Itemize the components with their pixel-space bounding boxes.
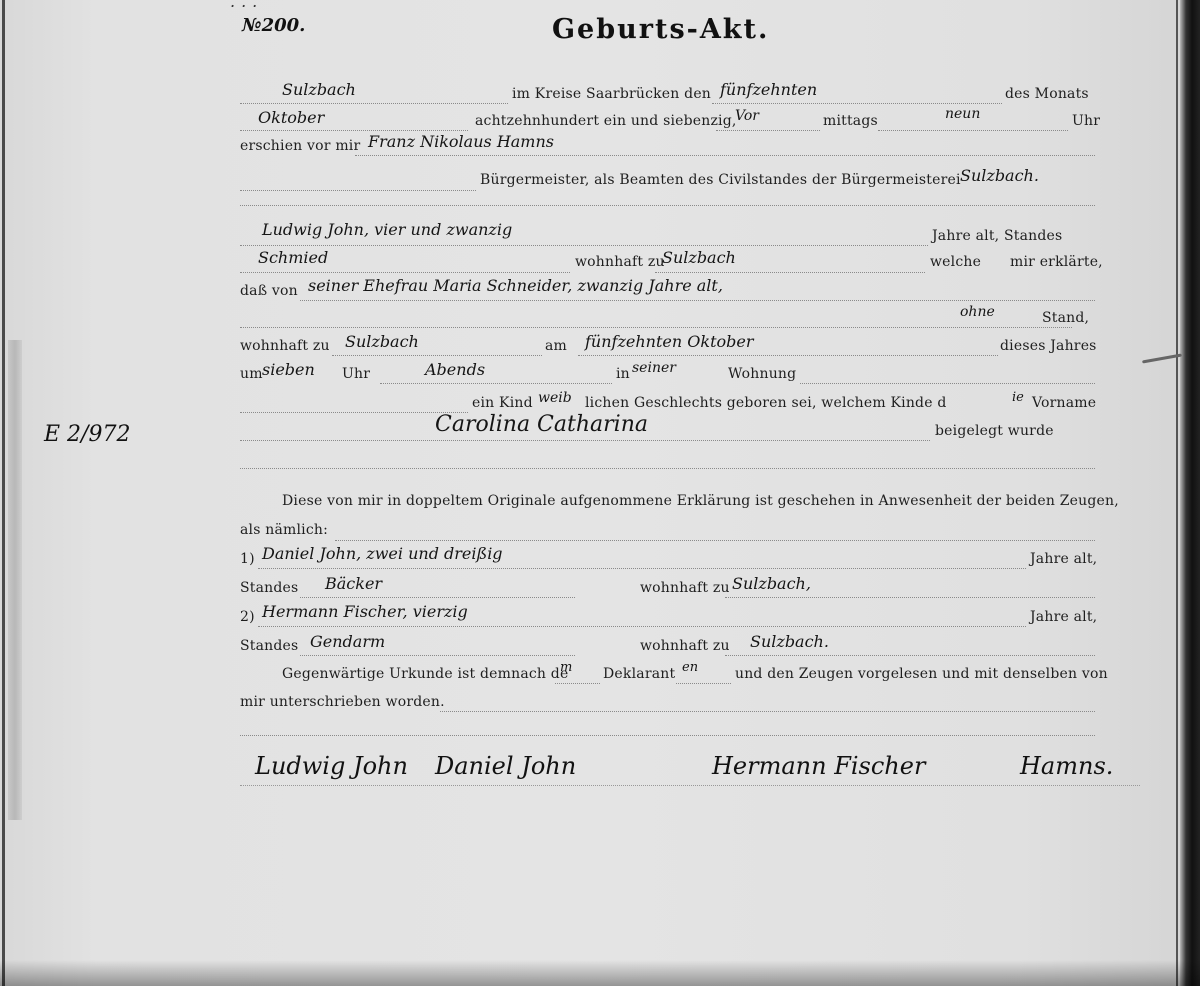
- declarant-name: Ludwig John, vier und zwanzig: [262, 220, 512, 239]
- witness-statement: Diese von mir in doppeltem Originale auf…: [282, 493, 1119, 509]
- label-jahre-alt-w1: Jahre alt,: [1030, 551, 1097, 567]
- label-dass-von: daß von: [240, 283, 298, 299]
- label-in: in: [616, 366, 630, 382]
- document-page: ... №200. Geburts-Akt. E 2/972 Sulzbach …: [0, 0, 1200, 986]
- article-suffix: ie: [1012, 390, 1024, 405]
- place-field: Sulzbach: [282, 80, 356, 99]
- label-wohnhaft: wohnhaft zu: [575, 254, 665, 270]
- declarant-occupation: Schmied: [258, 248, 328, 267]
- label-vorgelesen: und den Zeugen vorgelesen und mit densel…: [735, 666, 1108, 682]
- hour-field: neun: [945, 106, 980, 122]
- signature-official: Hamns.: [1020, 752, 1113, 780]
- top-handwriting-fragment: ...: [230, 0, 263, 11]
- label-stand: Stand,: [1042, 310, 1089, 326]
- label-monats: des Monats: [1005, 86, 1089, 102]
- label-jahre-alt-w2: Jahre alt,: [1030, 609, 1097, 625]
- label-erklaerte: mir erklärte,: [1010, 254, 1103, 270]
- label-kreis: im Kreise Saarbrücken den: [512, 86, 711, 102]
- page-edge-shadow: [1180, 0, 1200, 986]
- label-um: um: [240, 366, 263, 382]
- label-buergermeister: Bürgermeister, als Beamten des Civilstan…: [480, 172, 961, 188]
- label-geschlechts: lichen Geschlechts geboren sei, welchem …: [585, 395, 947, 411]
- witness-2-number: 2): [240, 609, 255, 625]
- label-gegenwaertige: Gegenwärtige Urkunde ist demnach de: [282, 666, 568, 682]
- page-edge-line: [1176, 0, 1178, 986]
- bottom-shadow: [0, 960, 1200, 986]
- label-wohnhaft-2: wohnhaft zu: [240, 338, 330, 354]
- binding-edge: [2, 0, 5, 986]
- mother-occupation: ohne: [960, 304, 995, 320]
- tape-strip: [8, 340, 22, 820]
- birth-hour: sieben: [262, 360, 315, 379]
- child-given-names: Carolina Catharina: [435, 412, 648, 437]
- label-wohnhaft-w1: wohnhaft zu: [640, 580, 730, 596]
- label-wohnung: Wohnung: [728, 366, 796, 382]
- label-standes-w2: Standes: [240, 638, 298, 654]
- vor-nach-field: Vor: [735, 108, 759, 124]
- birth-place-possessive: seiner: [632, 360, 676, 376]
- label-ein-kind: ein Kind: [472, 395, 533, 411]
- declarant-residence: Sulzbach: [662, 248, 736, 267]
- label-erschien: erschien vor mir: [240, 138, 360, 154]
- label-uhr: Uhr: [1072, 113, 1100, 129]
- label-uhr-2: Uhr: [342, 366, 370, 382]
- signature-witness-2: Hermann Fischer: [712, 752, 925, 780]
- label-beigelegt: beigelegt wurde: [935, 423, 1054, 439]
- month-field: Oktober: [258, 108, 324, 127]
- label-mittags: mittags: [823, 113, 878, 129]
- record-number: №200.: [242, 15, 305, 36]
- article-dem: m: [560, 660, 572, 675]
- time-of-day: Abends: [425, 360, 485, 379]
- witness-2-residence: Sulzbach.: [750, 632, 829, 651]
- birth-date: fünfzehnten Oktober: [585, 332, 753, 351]
- witness-2-name: Hermann Fischer, vierzig: [262, 602, 468, 621]
- witness-1-residence: Sulzbach,: [732, 574, 811, 593]
- mother-name: seiner Ehefrau Maria Schneider, zwanzig …: [308, 276, 723, 295]
- label-jahre-alt-standes: Jahre alt, Standes: [932, 228, 1062, 244]
- label-standes-w1: Standes: [240, 580, 298, 596]
- label-als-naemlich: als nämlich:: [240, 522, 328, 538]
- label-dieses-jahres: dieses Jahres: [1000, 338, 1097, 354]
- witness-1-occupation: Bäcker: [325, 574, 382, 593]
- label-vorname: Vorname: [1032, 395, 1096, 411]
- label-welche: welche: [930, 254, 981, 270]
- marginal-note: E 2/972: [44, 422, 130, 447]
- label-wohnhaft-w2: wohnhaft zu: [640, 638, 730, 654]
- signature-declarant: Ludwig John: [255, 752, 408, 780]
- mother-residence: Sulzbach: [345, 332, 419, 351]
- witness-1-number: 1): [240, 551, 255, 567]
- label-deklarant: Deklarant: [603, 666, 675, 682]
- signature-rule: [240, 785, 1140, 786]
- label-unterschrieben: mir unterschrieben worden.: [240, 694, 445, 710]
- label-am: am: [545, 338, 567, 354]
- witness-2-occupation: Gendarm: [310, 632, 385, 651]
- child-sex: weib: [538, 390, 572, 406]
- deklarant-suffix: en: [682, 660, 698, 675]
- signature-witness-1: Daniel John: [435, 752, 576, 780]
- municipality-field: Sulzbach.: [960, 166, 1039, 185]
- witness-1-name: Daniel John, zwei und dreißig: [262, 544, 503, 563]
- official-name: Franz Nikolaus Hamns: [368, 132, 554, 151]
- label-year: achtzehnhundert ein und siebenzig,: [475, 113, 737, 129]
- day-field: fünfzehnten: [720, 80, 817, 99]
- document-title: Geburts-Akt.: [552, 14, 769, 45]
